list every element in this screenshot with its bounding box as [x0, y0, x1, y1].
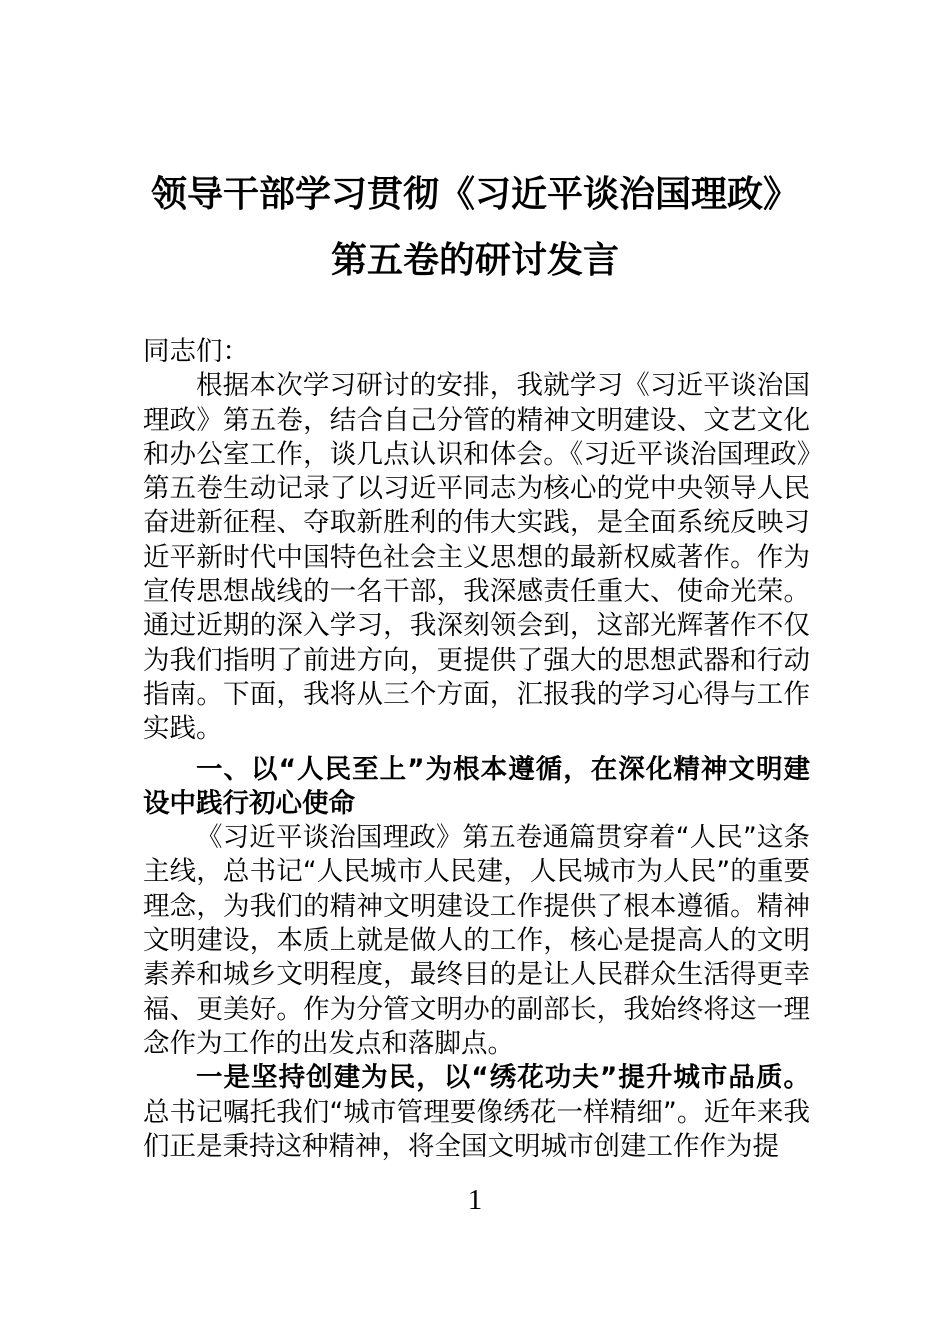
point-1-text: 总书记嘱托我们“城市管理要像绣花一样精细”。近年来我们正是秉持这种精神，将全国文… [143, 1097, 810, 1162]
point-1-lead-sentence: 一是坚持创建为民，以“绣花功夫”提升城市品质。 [196, 1062, 810, 1093]
document-body: 同志们： 根据本次学习研讨的安排，我就学习《习近平谈治国理政》第五卷，结合自己分… [143, 335, 810, 1164]
title-line-2: 第五卷的研讨发言 [0, 228, 950, 294]
title-line-1: 领导干部学习贯彻《习近平谈治国理政》 [0, 162, 950, 228]
section-1-heading: 一、以“人民至上”为根本遵循，在深化精神文明建设中践行初心使命 [143, 753, 810, 822]
salutation: 同志们： [143, 335, 810, 369]
document-title: 领导干部学习贯彻《习近平谈治国理政》 第五卷的研讨发言 [0, 162, 950, 294]
page-number: 1 [0, 1183, 950, 1217]
section-1-paragraph: 《习近平谈治国理政》第五卷通篇贯穿着“人民”这条主线，总书记“人民城市人民建，人… [143, 821, 810, 1061]
document-page: 领导干部学习贯彻《习近平谈治国理政》 第五卷的研讨发言 同志们： 根据本次学习研… [0, 0, 950, 1344]
paragraph-intro: 根据本次学习研讨的安排，我就学习《习近平谈治国理政》第五卷，结合自己分管的精神文… [143, 369, 810, 746]
point-1-paragraph: 一是坚持创建为民，以“绣花功夫”提升城市品质。总书记嘱托我们“城市管理要像绣花一… [143, 1061, 810, 1164]
